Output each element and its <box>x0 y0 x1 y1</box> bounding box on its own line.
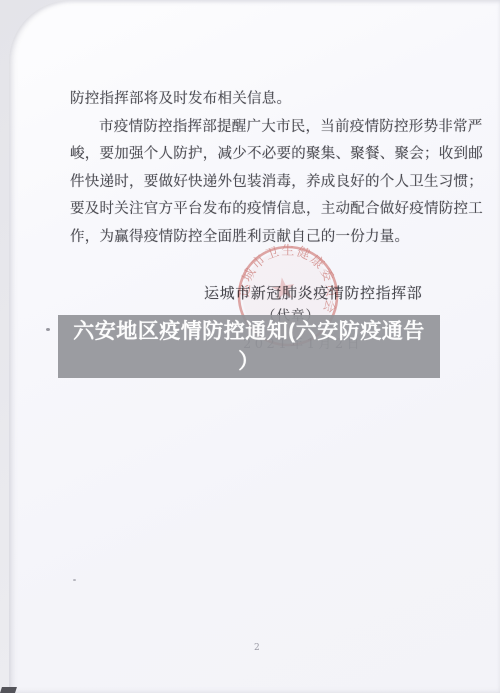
banner-title-line-2: ） <box>238 347 260 377</box>
body-line: 要及时关注官方平台发布的疫情信息，主动配合做好疫情防控工 <box>70 196 478 224</box>
photo-backdrop: 防控指挥部将及时发布相关信息。 市疫情防控指挥部提醒广大市民，当前疫情防控形势非… <box>0 0 500 693</box>
body-line: 防控指挥部将及时发布相关信息。 <box>70 86 478 114</box>
corner-shadow-mark <box>0 687 17 693</box>
ink-speck <box>73 579 76 581</box>
ink-speck <box>46 328 50 331</box>
body-line: 市疫情防控指挥部提醒广大市民，当前疫情防控形势非常严 <box>70 114 478 142</box>
title-banner: 六安地区疫情防控通知(六安防疫通告 ） <box>58 315 440 378</box>
banner-title-line-1: 六安地区疫情防控通知(六安防疫通告 <box>73 317 425 347</box>
page-number: 2 <box>254 643 260 653</box>
document-body: 防控指挥部将及时发布相关信息。 市疫情防控指挥部提醒广大市民，当前疫情防控形势非… <box>70 86 478 252</box>
body-line: 峻，要加强个人防护，减少不必要的聚集、聚餐、聚会；收到邮 <box>70 141 478 169</box>
body-line: 件快递时，要做好快递外包装消毒，养成良好的个人卫生习惯； <box>70 169 478 197</box>
seal-star-icon: ★ <box>268 270 300 308</box>
